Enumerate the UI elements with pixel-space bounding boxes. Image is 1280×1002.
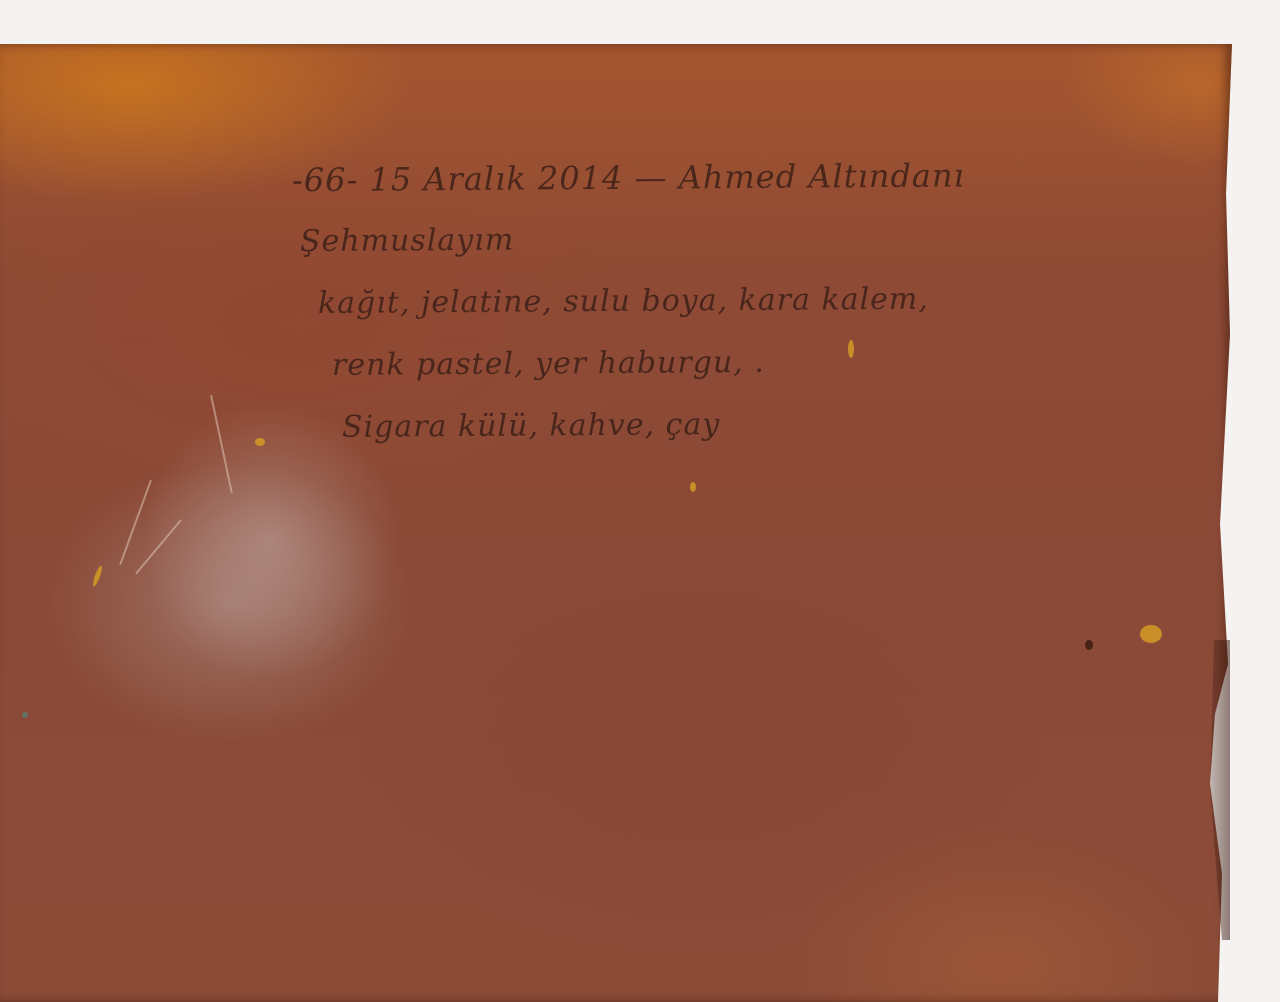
- paint-speck: [22, 712, 28, 718]
- note-line-materials-2: renk pastel, yer haburgu, .: [292, 335, 1192, 403]
- paint-speck: [255, 438, 265, 446]
- note-line-materials-1: kağıt, jelatine, sulu boya, kara kalem,: [292, 273, 1192, 341]
- handwritten-note: -66- 15 Aralık 2014 — Ahmed Altındanı Şe…: [292, 152, 1192, 462]
- note-line-name: Şehmuslayım: [292, 211, 1192, 279]
- paint-speck: [690, 482, 696, 492]
- paint-speck: [1085, 640, 1093, 650]
- paint-speck: [1140, 625, 1162, 643]
- note-line-materials-3: Sigara külü, kahve, çay: [292, 397, 1192, 465]
- note-line-title: -66- 15 Aralık 2014 — Ahmed Altındanı: [292, 149, 1192, 217]
